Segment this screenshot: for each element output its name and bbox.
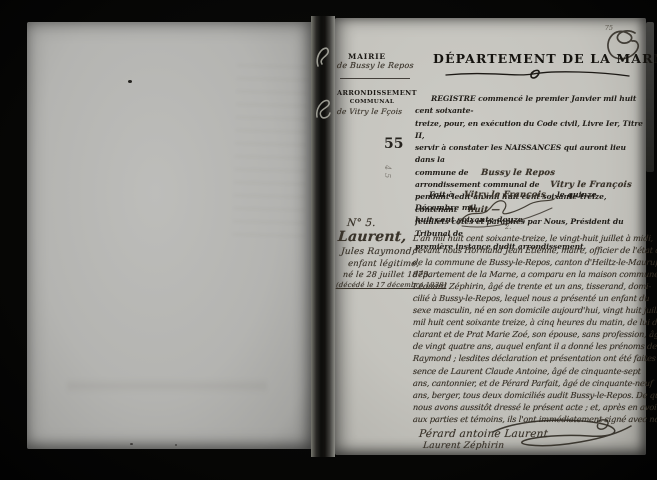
act-line: département de la Marne, a comparu en la… — [413, 268, 646, 280]
register-number: 55 — [384, 136, 403, 152]
preamble-line: servir à constater les NAISSANCES qui au… — [415, 142, 643, 167]
act-line: de la commune de Bussy-le-Repos, canton … — [413, 256, 646, 268]
child-surname: Laurent, — [337, 229, 407, 245]
margin-divider — [340, 78, 410, 79]
book-gutter — [311, 16, 335, 457]
commune-label: commune de — [415, 168, 468, 177]
binding-thread — [312, 40, 334, 70]
mairie-label: MAIRIE — [335, 52, 399, 61]
act-line: ans, berger, tous deux domiciliés audit … — [413, 389, 646, 401]
child-firstnames: Jules Raymond, — [341, 247, 416, 257]
act-line: sexe masculin, né en son domicile aujour… — [413, 304, 646, 316]
decorative-rule — [443, 68, 633, 80]
preamble-line: commune de Bussy le Repos — [415, 167, 643, 179]
arrondissement-communal-label: arrondissement communal de — [415, 180, 539, 189]
act-line: devant nous Hormand Jean Etienne, maire,… — [413, 244, 646, 256]
mayor-signature-flourish — [485, 416, 635, 448]
communal-label: COMMUNAL — [337, 99, 407, 105]
act-line: de vingt quatre ans, auquel enfant il a … — [413, 340, 646, 352]
mairie-commune-handwritten: de Bussy le Repos — [337, 61, 415, 70]
register-act-page: 75 DÉPARTEMENT DE LA MARNE. MAIRIE de Bu… — [335, 18, 646, 455]
ink-smudge — [67, 378, 267, 394]
binding-thread — [312, 93, 334, 121]
left-blank-page — [27, 22, 313, 449]
paper-speck — [128, 80, 132, 83]
act-number: N° 5. — [346, 217, 376, 229]
small-folio-mark: 2. — [505, 223, 511, 231]
paper-speck — [130, 443, 133, 445]
scanned-register-page: 75 DÉPARTEMENT DE LA MARNE. MAIRIE de Bu… — [0, 0, 657, 480]
paper-speck — [175, 444, 177, 446]
arrondissement-handwritten: de Vitry le Fçois — [337, 107, 403, 116]
act-line: mil huit cent soixante treize, à cinq he… — [413, 316, 646, 328]
act-line: nous avons aussitôt dressé le présent ac… — [413, 401, 646, 413]
page-title: DÉPARTEMENT DE LA MARNE. — [433, 51, 643, 66]
birth-act-text: L'an mil huit cent soixante-treize, le v… — [413, 232, 645, 425]
preamble-line: REGISTRE commencé le premier Janvier mil… — [415, 93, 643, 118]
commune-handwritten: Bussy le Repos — [480, 167, 555, 179]
act-line: sence de Laurent Claude Antoine, âgé de … — [413, 365, 646, 377]
preamble-line: treize, pour, en exécution du Code civil… — [415, 118, 643, 143]
ink-bleedthrough — [233, 55, 310, 237]
act-line: Raymond ; lesdites déclaration et présen… — [413, 352, 646, 364]
act-line: L'an mil huit cent soixante-treize, le v… — [413, 232, 646, 244]
register-preamble: REGISTRE commencé le premier Janvier mil… — [415, 93, 643, 253]
act-line: ans, cantonnier, et de Pérard Parfait, â… — [413, 377, 646, 389]
page-fore-edge — [646, 22, 654, 172]
arrondissement-label: ARRONDISSEMENT — [337, 89, 407, 97]
act-line: Léonard Zéphirin, âgé de trente et un an… — [413, 280, 646, 292]
child-status: enfant légitime, — [348, 259, 420, 269]
act-line: clarant et de Prat Marie Zoé, son épouse… — [413, 328, 646, 340]
act-line: cilié à Bussy-le-Repos, lequel nous a pr… — [413, 292, 646, 304]
margin-side-mark: 45 — [383, 165, 392, 181]
